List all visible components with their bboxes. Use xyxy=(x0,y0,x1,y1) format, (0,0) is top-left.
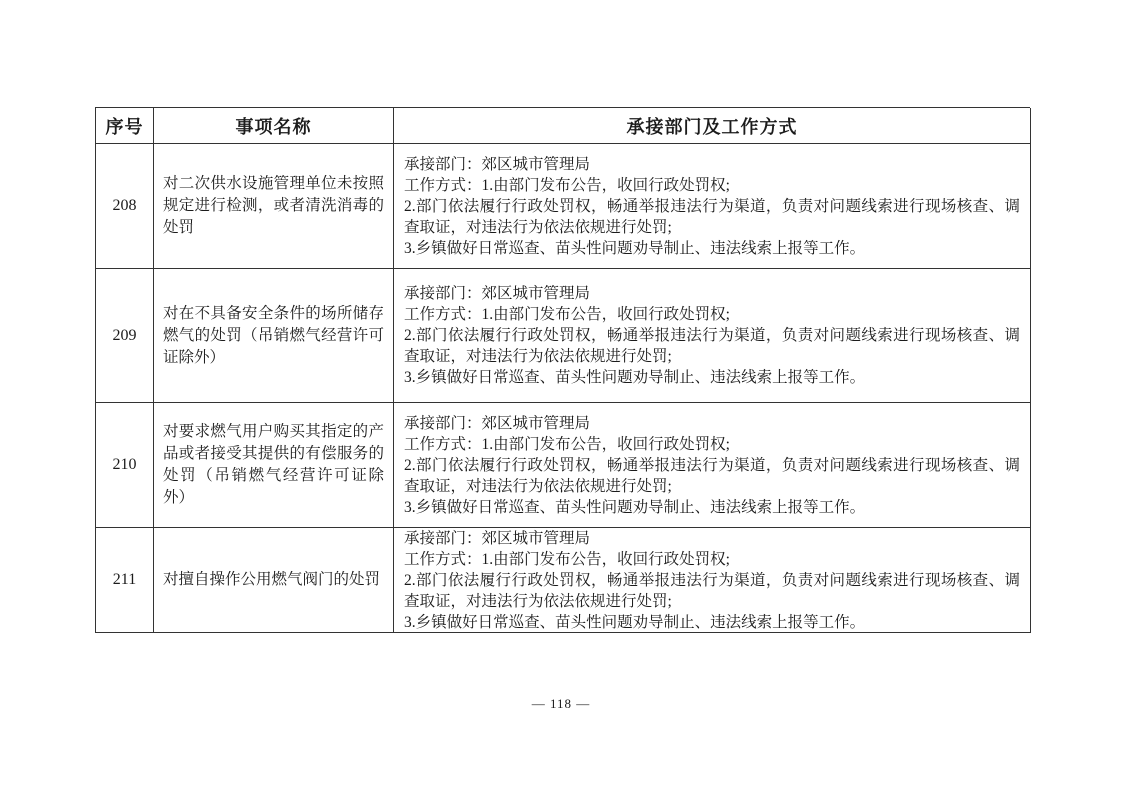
department-line: 承接部门：郊区城市管理局 xyxy=(404,154,1020,175)
method-line: 3.乡镇做好日常巡查、苗头性问题劝导制止、违法线索上报等工作。 xyxy=(404,238,1020,259)
document-page: 序号 事项名称 承接部门及工作方式 208 对二次供水设施管理单位未按照规定进行… xyxy=(0,0,1122,793)
method-line: 2.部门依法履行行政处罚权，畅通举报违法行为渠道，负责对问题线索进行现场核查、调… xyxy=(404,455,1020,497)
method-line: 工作方式：1.由部门发布公告，收回行政处罚权; xyxy=(404,434,1020,455)
method-line: 2.部门依法履行行政处罚权，畅通举报违法行为渠道，负责对问题线索进行现场核查、调… xyxy=(404,196,1020,238)
method-line: 3.乡镇做好日常巡查、苗头性问题劝导制止、违法线索上报等工作。 xyxy=(404,367,1020,388)
method-line: 2.部门依法履行行政处罚权，畅通举报违法行为渠道，负责对问题线索进行现场核查、调… xyxy=(404,325,1020,367)
item-name-cell: 对擅自操作公用燃气阀门的处罚 xyxy=(154,528,394,633)
method-line: 3.乡镇做好日常巡查、苗头性问题劝导制止、违法线索上报等工作。 xyxy=(404,497,1020,518)
items-table: 序号 事项名称 承接部门及工作方式 208 对二次供水设施管理单位未按照规定进行… xyxy=(95,107,1030,633)
seq-cell: 209 xyxy=(96,269,154,403)
item-name-text: 对要求燃气用户购买其指定的产品或者接受其提供的有偿服务的处罚（吊销燃气经营许可证… xyxy=(163,421,384,509)
department-line: 承接部门：郊区城市管理局 xyxy=(404,528,1020,549)
method-line: 工作方式：1.由部门发布公告，收回行政处罚权; xyxy=(404,549,1020,570)
item-name-cell: 对二次供水设施管理单位未按照规定进行检测，或者清洗消毒的处罚 xyxy=(154,144,394,269)
item-name-text: 对在不具备安全条件的场所储存燃气的处罚（吊销燃气经营许可证除外） xyxy=(163,303,384,369)
method-line: 3.乡镇做好日常巡查、苗头性问题劝导制止、违法线索上报等工作。 xyxy=(404,612,1020,633)
header-item-name: 事项名称 xyxy=(154,108,394,144)
undertaking-cell: 承接部门：郊区城市管理局 工作方式：1.由部门发布公告，收回行政处罚权; 2.部… xyxy=(394,528,1031,633)
item-name-cell: 对要求燃气用户购买其指定的产品或者接受其提供的有偿服务的处罚（吊销燃气经营许可证… xyxy=(154,403,394,528)
department-line: 承接部门：郊区城市管理局 xyxy=(404,283,1020,304)
item-name-cell: 对在不具备安全条件的场所储存燃气的处罚（吊销燃气经营许可证除外） xyxy=(154,269,394,403)
undertaking-cell: 承接部门：郊区城市管理局 工作方式：1.由部门发布公告，收回行政处罚权; 2.部… xyxy=(394,269,1031,403)
undertaking-cell: 承接部门：郊区城市管理局 工作方式：1.由部门发布公告，收回行政处罚权; 2.部… xyxy=(394,403,1031,528)
undertaking-cell: 承接部门：郊区城市管理局 工作方式：1.由部门发布公告，收回行政处罚权; 2.部… xyxy=(394,144,1031,269)
header-department-method: 承接部门及工作方式 xyxy=(394,108,1031,144)
seq-cell: 208 xyxy=(96,144,154,269)
page-number: — 118 — xyxy=(0,696,1122,712)
method-line: 2.部门依法履行行政处罚权，畅通举报违法行为渠道，负责对问题线索进行现场核查、调… xyxy=(404,570,1020,612)
method-line: 工作方式：1.由部门发布公告，收回行政处罚权; xyxy=(404,304,1020,325)
department-line: 承接部门：郊区城市管理局 xyxy=(404,413,1020,434)
seq-cell: 211 xyxy=(96,528,154,633)
method-line: 工作方式：1.由部门发布公告，收回行政处罚权; xyxy=(404,175,1020,196)
item-name-text: 对二次供水设施管理单位未按照规定进行检测，或者清洗消毒的处罚 xyxy=(163,173,384,239)
header-seq: 序号 xyxy=(96,108,154,144)
item-name-text: 对擅自操作公用燃气阀门的处罚 xyxy=(163,569,384,591)
seq-cell: 210 xyxy=(96,403,154,528)
